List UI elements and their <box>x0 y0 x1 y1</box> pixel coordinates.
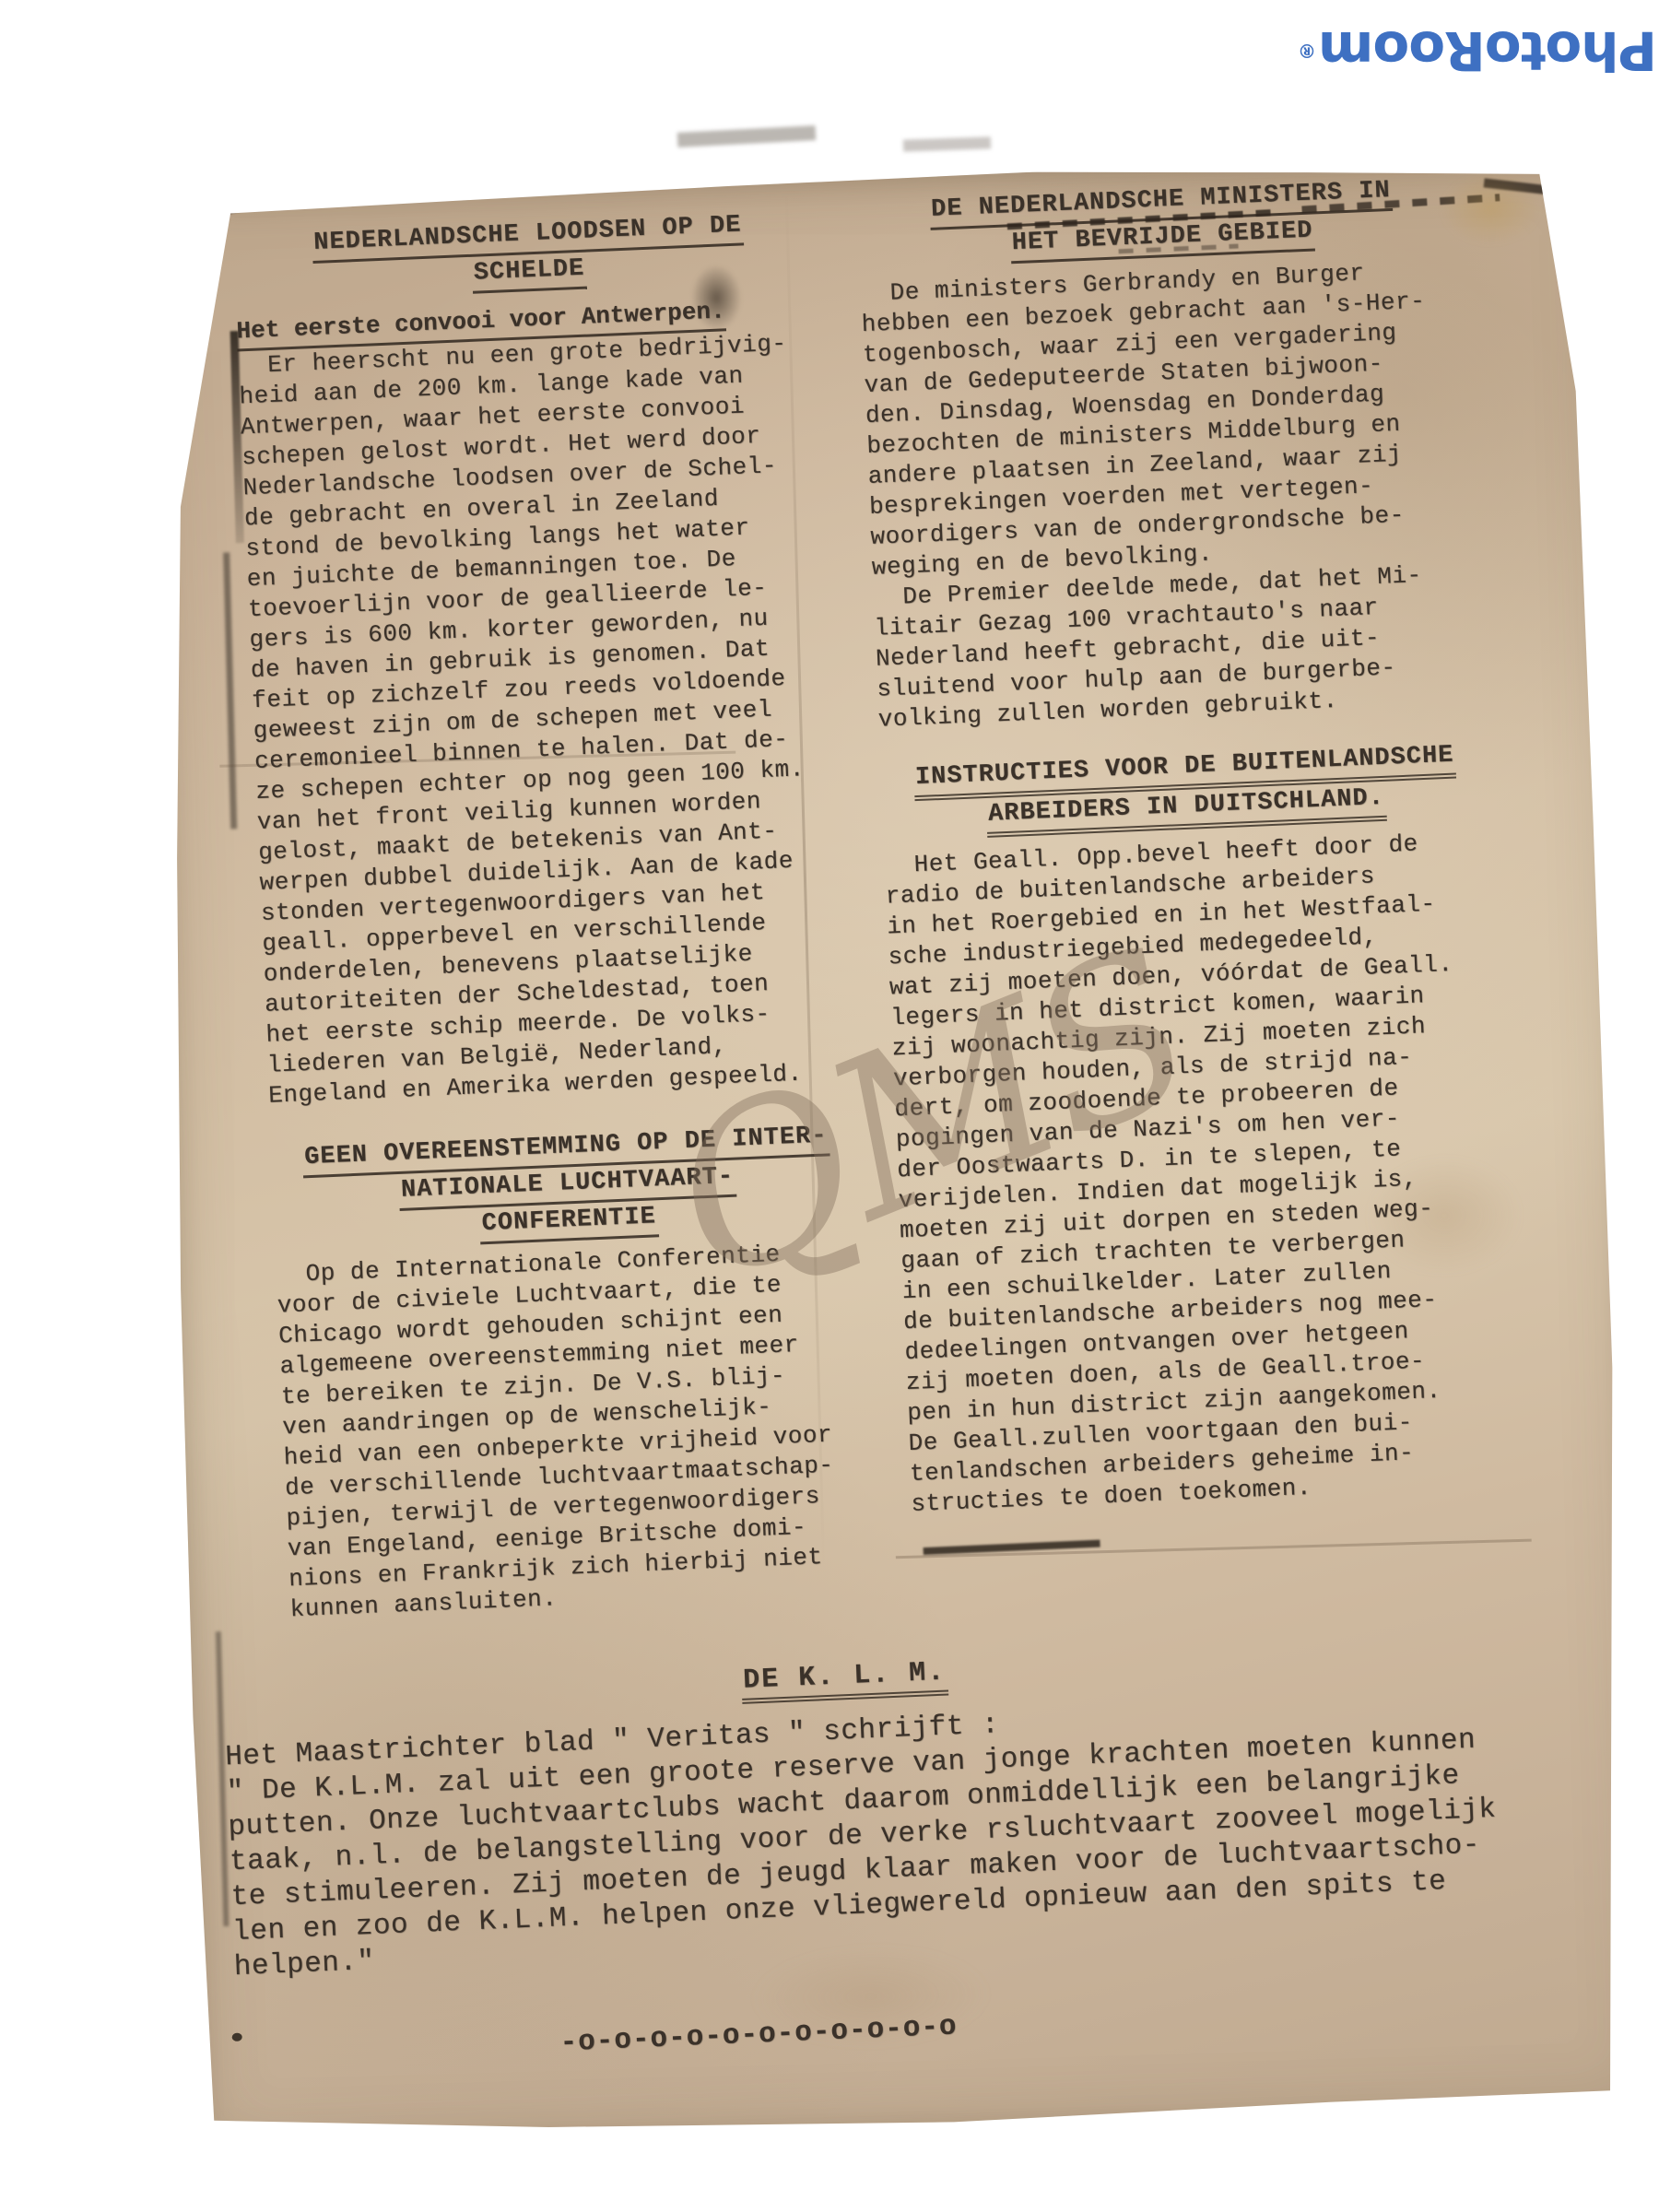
article-ministers: DE NEDERLANDSCHE MINISTERS IN HET BEVRIJ… <box>856 171 1487 735</box>
edge-shadow-bit <box>903 136 991 151</box>
article-body: Er heerscht nu een grote bedrijvig- heid… <box>238 327 859 1112</box>
title-line: CONFERENTIE <box>479 1200 659 1244</box>
article-title: NEDERLANDSCHE LOODSEN OP DE SCHELDE <box>232 206 825 304</box>
title-line: SCHELDE <box>471 253 587 294</box>
end-separator: -o-o-o-o-o-o-o-o-o-o-o <box>559 1983 1629 2060</box>
left-column: NEDERLANDSCHE LOODSEN OP DE SCHELDE Het … <box>232 206 880 1625</box>
article-loodsen: NEDERLANDSCHE LOODSEN OP DE SCHELDE Het … <box>232 206 859 1112</box>
article-body: De ministers Gerbrandy en Burger hebben … <box>860 254 1487 735</box>
photoroom-logo: PhotoRoom ® <box>1325 9 1657 92</box>
photo-of-document: NEDERLANDSCHE LOODSEN OP DE SCHELDE Het … <box>0 0 1659 2212</box>
right-column: DE NEDERLANDSCHE MINISTERS IN HET BEVRIJ… <box>856 171 1520 1520</box>
edge-shadow-bit <box>677 125 817 147</box>
article-body: Het Maastrichter blad " Veritas " schrij… <box>225 1682 1626 1985</box>
photoroom-logo-text: PhotoRoom <box>1319 19 1657 82</box>
registered-trademark-icon: ® <box>1299 40 1316 62</box>
title-line: DE K. L. M. <box>741 1656 949 1704</box>
article-klm: DE K. L. M. Het Maastrichter blad " Veri… <box>222 1628 1629 2073</box>
